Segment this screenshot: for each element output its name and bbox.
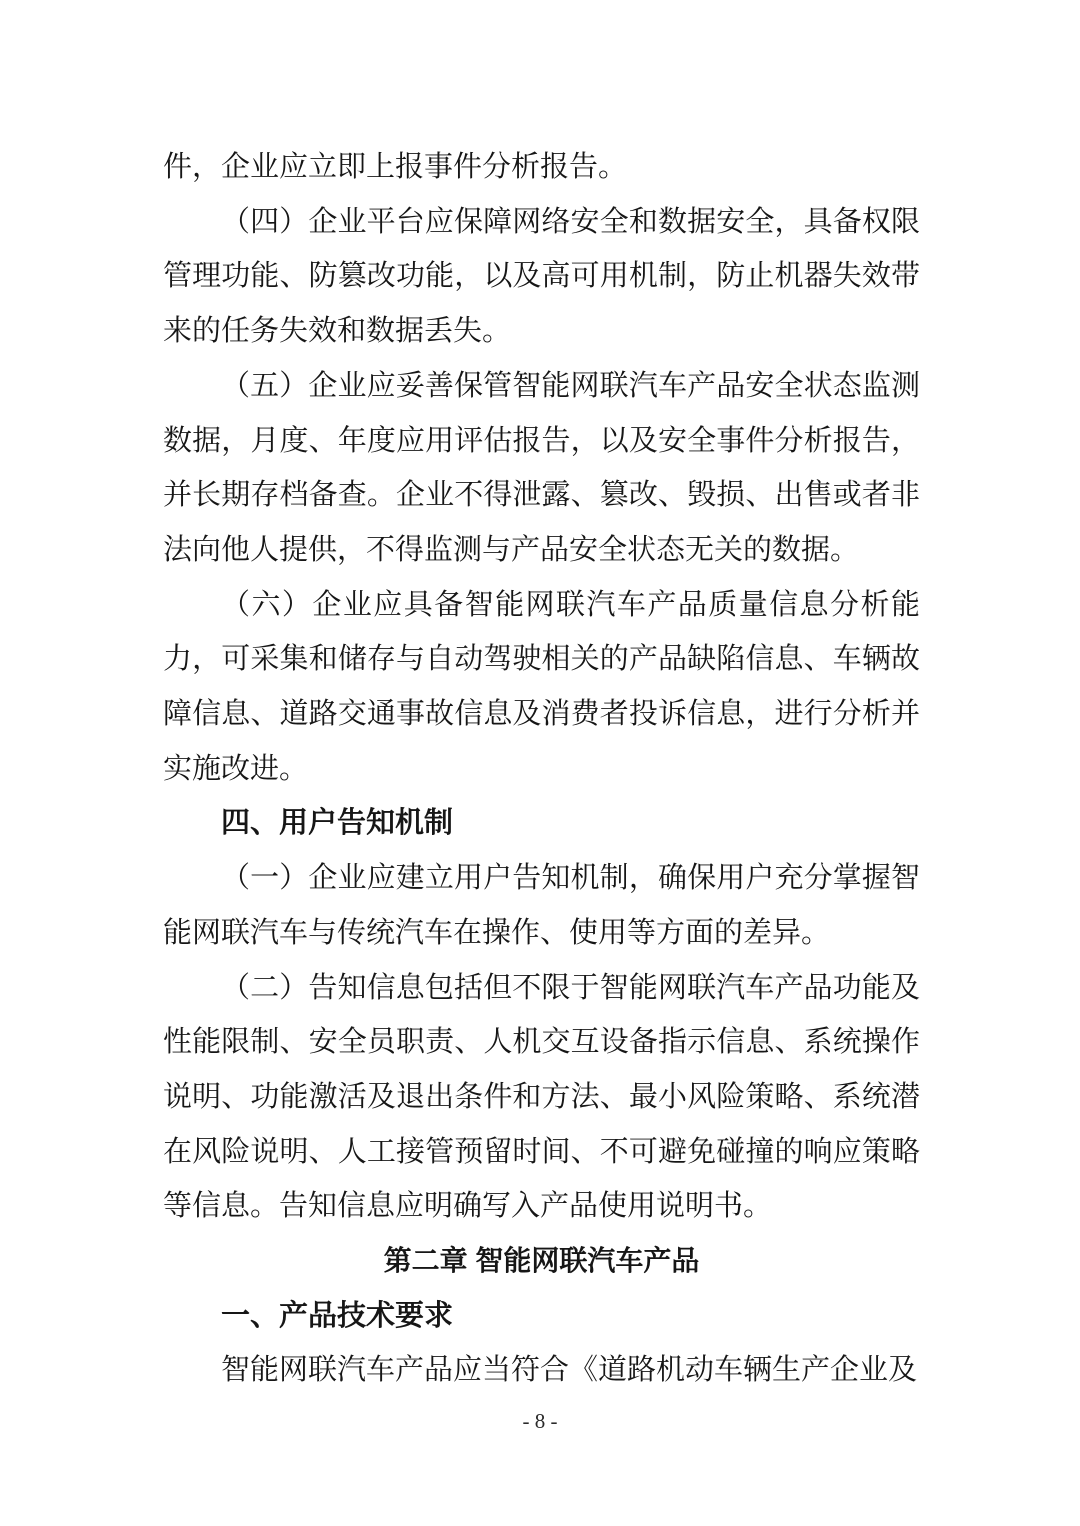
document-body: 件，企业应立即上报事件分析报告。 （四）企业平台应保障网络安全和数据安全，具备权… — [163, 140, 920, 1398]
document-page: 件，企业应立即上报事件分析报告。 （四）企业平台应保障网络安全和数据安全，具备权… — [0, 0, 1080, 1526]
paragraph-clause-2-notification-content: （二）告知信息包括但不限于智能网联汽车产品功能及性能限制、安全员职责、人机交互设… — [163, 961, 920, 1235]
paragraph-clause-6-quality-analysis: （六）企业应具备智能网联汽车产品质量信息分析能力，可采集和储存与自动驾驶相关的产… — [163, 578, 920, 797]
paragraph-clause-5-data-retention: （五）企业应妥善保管智能网联汽车产品安全状态监测数据，月度、年度应用评估报告，以… — [163, 359, 920, 578]
section-heading-product-tech-requirements: 一、产品技术要求 — [163, 1289, 920, 1344]
paragraph-continuation: 件，企业应立即上报事件分析报告。 — [163, 140, 920, 195]
page-footer: - 8 - — [0, 1406, 1080, 1436]
section-heading-user-notification: 四、用户告知机制 — [163, 796, 920, 851]
page-number: - 8 - — [523, 1409, 558, 1433]
paragraph-clause-4-platform-security: （四）企业平台应保障网络安全和数据安全，具备权限管理功能、防篡改功能，以及高可用… — [163, 195, 920, 359]
chapter-heading-icv-products: 第二章 智能网联汽车产品 — [163, 1234, 920, 1289]
paragraph-product-compliance: 智能网联汽车产品应当符合《道路机动车辆生产企业及 — [163, 1343, 920, 1398]
paragraph-clause-1-notification-mechanism: （一）企业应建立用户告知机制，确保用户充分掌握智能网联汽车与传统汽车在操作、使用… — [163, 851, 920, 960]
